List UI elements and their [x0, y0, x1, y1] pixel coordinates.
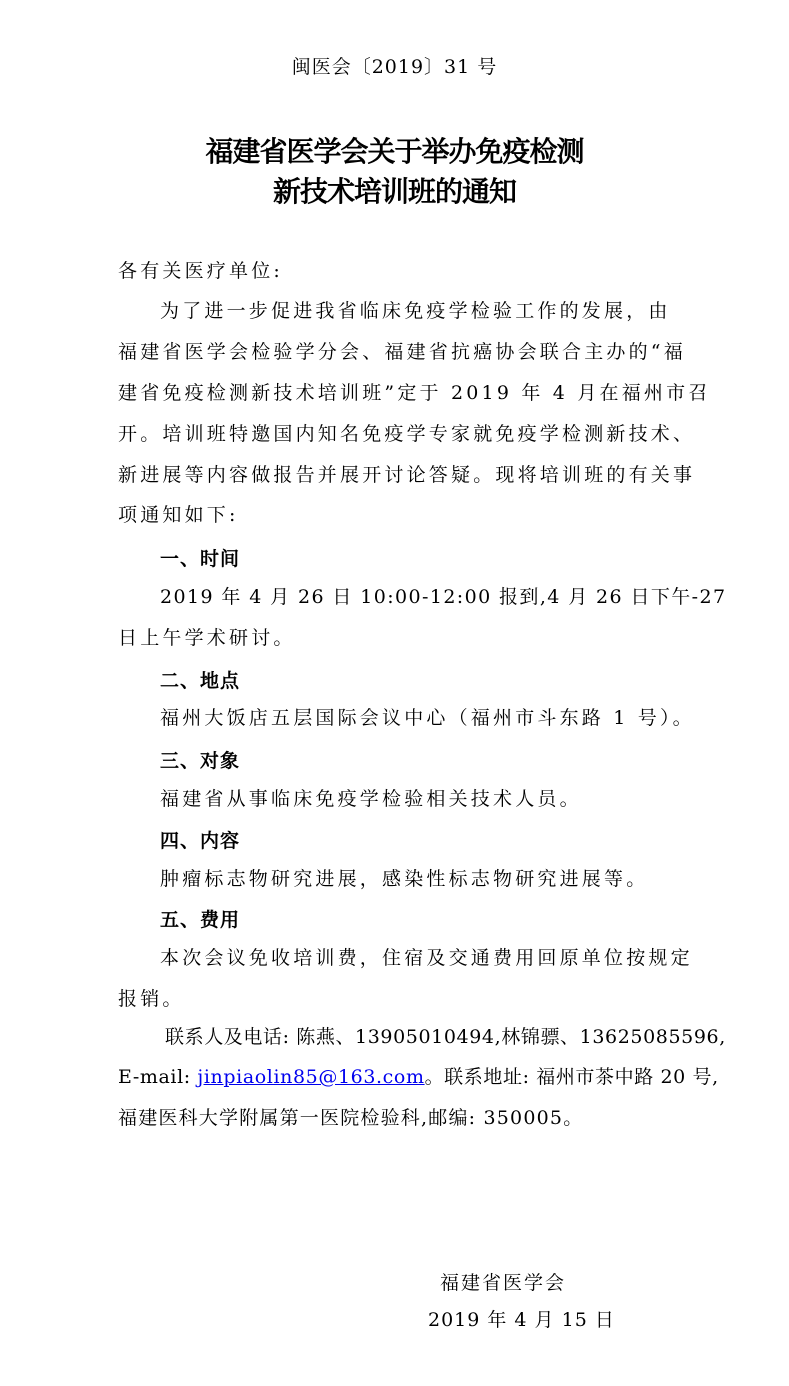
section-heading-location: 二、地点: [160, 666, 240, 693]
signature-organization: 福建省医学会: [440, 1268, 566, 1295]
email-link[interactable]: jinpiaolin85@163.com: [197, 1066, 424, 1088]
time-text: 2019 年 4 月 26 日 10:00-12:00 报到,4 月 26 日下…: [160, 582, 726, 609]
audience-text: 福建省从事临床免疫学检验相关技术人员。: [160, 784, 582, 811]
intro-line: 项通知如下:: [118, 500, 239, 527]
section-heading-content: 四、内容: [160, 826, 240, 853]
content-text: 肿瘤标志物研究进展，感染性标志物研究进展等。: [160, 864, 648, 891]
intro-line: 开。培训班特邀国内知名免疫学专家就免疫学检测新技术、: [118, 419, 695, 446]
salutation: 各有关医疗单位:: [118, 256, 283, 283]
section-heading-time: 一、时间: [160, 544, 240, 571]
email-label: E-mail:: [118, 1066, 197, 1088]
contact-email-line: E-mail: jinpiaolin85@163.com。联系地址: 福州市茶中…: [118, 1062, 719, 1089]
intro-line: 为了进一步促进我省临床免疫学检验工作的发展，由: [160, 296, 671, 323]
contact-phones: 联系人及电话: 陈燕、13905010494,林锦骠、13625085596,: [165, 1022, 726, 1049]
contact-address: 。联系地址: 福州市茶中路 20 号,: [425, 1066, 719, 1088]
time-text: 日上午学术研讨。: [118, 623, 296, 650]
section-heading-audience: 三、对象: [160, 746, 240, 773]
contact-address-line: 福建医科大学附属第一医院检验科,邮编: 350005。: [118, 1103, 583, 1130]
fees-text: 报销。: [118, 984, 185, 1011]
document-title-line-2: 新技术培训班的通知: [0, 170, 789, 210]
intro-line: 建省免疫检测新技术培训班”定于 2019 年 4 月在福州市召: [118, 378, 711, 405]
intro-line: 福建省医学会检验学分会、福建省抗癌协会联合主办的“福: [118, 337, 686, 364]
fees-text: 本次会议免收培训费，住宿及交通费用回原单位按规定: [160, 943, 693, 970]
section-heading-fees: 五、费用: [160, 905, 240, 932]
document-title-line-1: 福建省医学会关于举办免疫检测: [0, 130, 789, 170]
document-number: 闽医会〔2019〕31 号: [0, 52, 789, 79]
signature-date: 2019 年 4 月 15 日: [428, 1305, 615, 1332]
intro-line: 新进展等内容做报告并展开讨论答疑。现将培训班的有关事: [118, 460, 695, 487]
location-text: 福州大饭店五层国际会议中心（福州市斗东路 1 号）。: [160, 703, 695, 730]
